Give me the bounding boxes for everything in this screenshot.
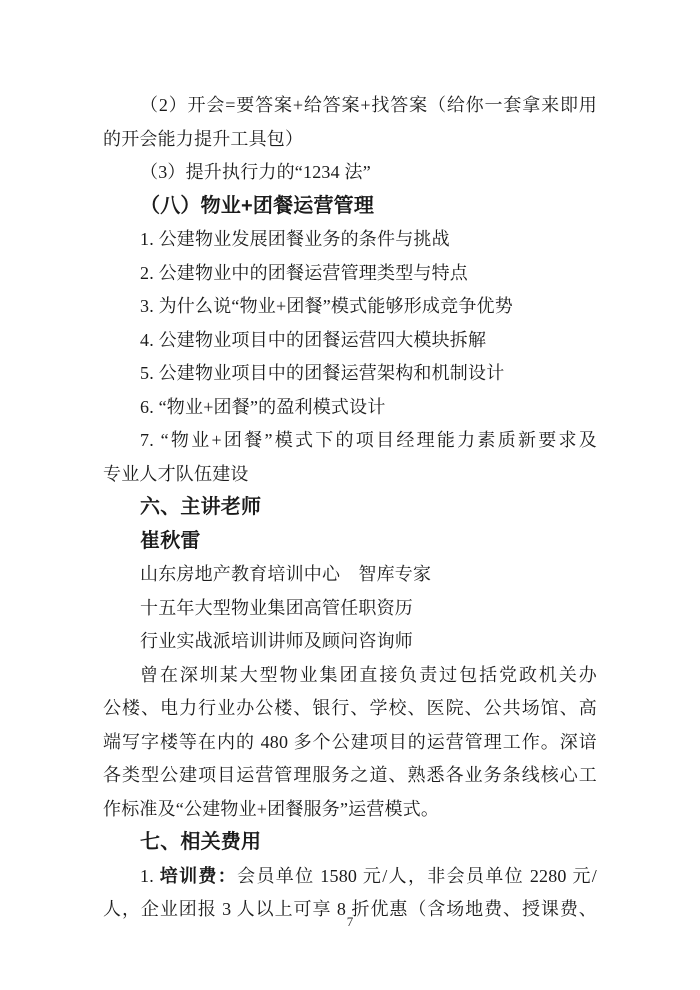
paragraph-meeting-line-2: 的开会能力提升工具包） (103, 123, 597, 157)
fee-line-1: 1. 培训费：会员单位 1580 元/人，非会员单位 2280 元/ (103, 860, 597, 894)
paragraph-execution-1234: （3）提升执行力的“1234 法” (103, 156, 597, 190)
subsection-heading-property-catering: （八）物业+团餐运营管理 (103, 190, 597, 224)
list-item-5: 5. 公建物业项目中的团餐运营架构和机制设计 (103, 357, 597, 391)
speaker-bio-line-5: 作标准及“公建物业+团餐服务”运营模式。 (103, 793, 597, 827)
speaker-credential-1: 山东房地产教育培训中心 智库专家 (103, 558, 597, 592)
list-item-4: 4. 公建物业项目中的团餐运营四大模块拆解 (103, 324, 597, 358)
speaker-bio-line-2: 公楼、电力行业办公楼、银行、学校、医院、公共场馆、高 (103, 692, 597, 726)
list-item-7-line-2: 专业人才队伍建设 (103, 458, 597, 492)
list-item-7-line-1: 7. “物业+团餐”模式下的项目经理能力素质新要求及 (103, 424, 597, 458)
section-heading-speaker: 六、主讲老师 (103, 491, 597, 525)
list-item-2: 2. 公建物业中的团餐运营管理类型与特点 (103, 257, 597, 291)
fee-item-label: 培训费： (160, 866, 237, 886)
speaker-name: 崔秋雷 (103, 525, 597, 559)
speaker-bio-line-3: 端写字楼等在内的 480 多个公建项目的运营管理工作。深谙 (103, 726, 597, 760)
section-heading-fees: 七、相关费用 (103, 826, 597, 860)
list-item-1: 1. 公建物业发展团餐业务的条件与挑战 (103, 223, 597, 257)
list-item-6: 6. “物业+团餐”的盈利模式设计 (103, 391, 597, 425)
document-body: （2）开会=要答案+给答案+找答案（给你一套拿来即用 的开会能力提升工具包） （… (103, 89, 597, 927)
speaker-credential-2: 十五年大型物业集团高管任职资历 (103, 592, 597, 626)
document-page: （2）开会=要答案+给答案+找答案（给你一套拿来即用 的开会能力提升工具包） （… (0, 0, 700, 990)
page-number: 7 (0, 913, 700, 931)
list-item-3: 3. 为什么说“物业+团餐”模式能够形成竞争优势 (103, 290, 597, 324)
speaker-bio-line-1: 曾在深圳某大型物业集团直接负责过包括党政机关办 (103, 659, 597, 693)
paragraph-meeting-line-1: （2）开会=要答案+给答案+找答案（给你一套拿来即用 (103, 89, 597, 123)
speaker-bio-line-4: 各类型公建项目运营管理服务之道、熟悉各业务条线核心工 (103, 759, 597, 793)
fee-item-number: 1. (140, 866, 160, 886)
speaker-credential-3: 行业实战派培训讲师及顾问咨询师 (103, 625, 597, 659)
fee-item-detail: 会员单位 1580 元/人，非会员单位 2280 元/ (237, 866, 597, 886)
